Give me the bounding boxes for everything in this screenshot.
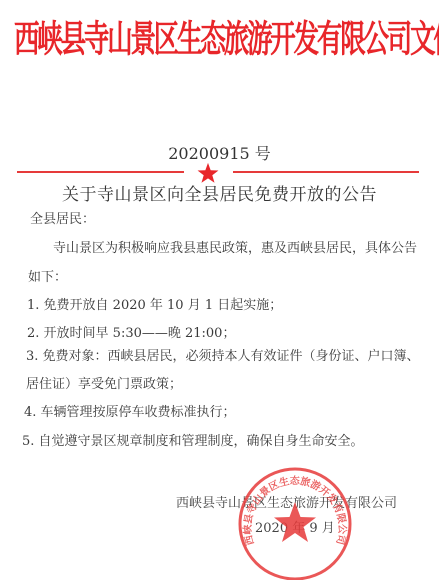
document-number: 20200915 号 [0,141,439,164]
header-divider-left [17,171,184,173]
signature-company: 西峡县寺山景区生态旅游开发有限公司 [176,492,397,511]
list-item-3-cont: 居住证）享受免门票政策； [26,373,182,392]
notice-title: 关于寺山景区向全县居民免费开放的公告 [0,180,439,205]
intro-line-2: 如下： [28,266,67,285]
list-item-5: 5. 自觉遵守景区规章制度和管理制度，确保自身生命安全。 [22,430,364,449]
list-item-2: 2. 开放时间早 5:30——晚 21:00； [27,322,235,341]
signature-date: 2020 年 9 月 [255,517,335,536]
list-item-1: 1. 免费开放自 2020 年 10 月 1 日起实施； [27,294,282,313]
list-item-4: 4. 车辆管理按原停车收费标准执行； [24,401,236,420]
intro-line-1: 寺山景区为积极响应我县惠民政策，惠及西峡县居民，具体公告 [53,237,417,256]
list-item-3: 3. 免费对象：西峡县居民，必须持本人有效证件（身份证、户口簿、 [26,345,420,364]
document-header-title: 西峡县寺山景区生态旅游开发有限公司文件 [14,18,429,62]
salutation: 全县居民： [30,208,95,227]
header-divider-right [233,171,419,173]
